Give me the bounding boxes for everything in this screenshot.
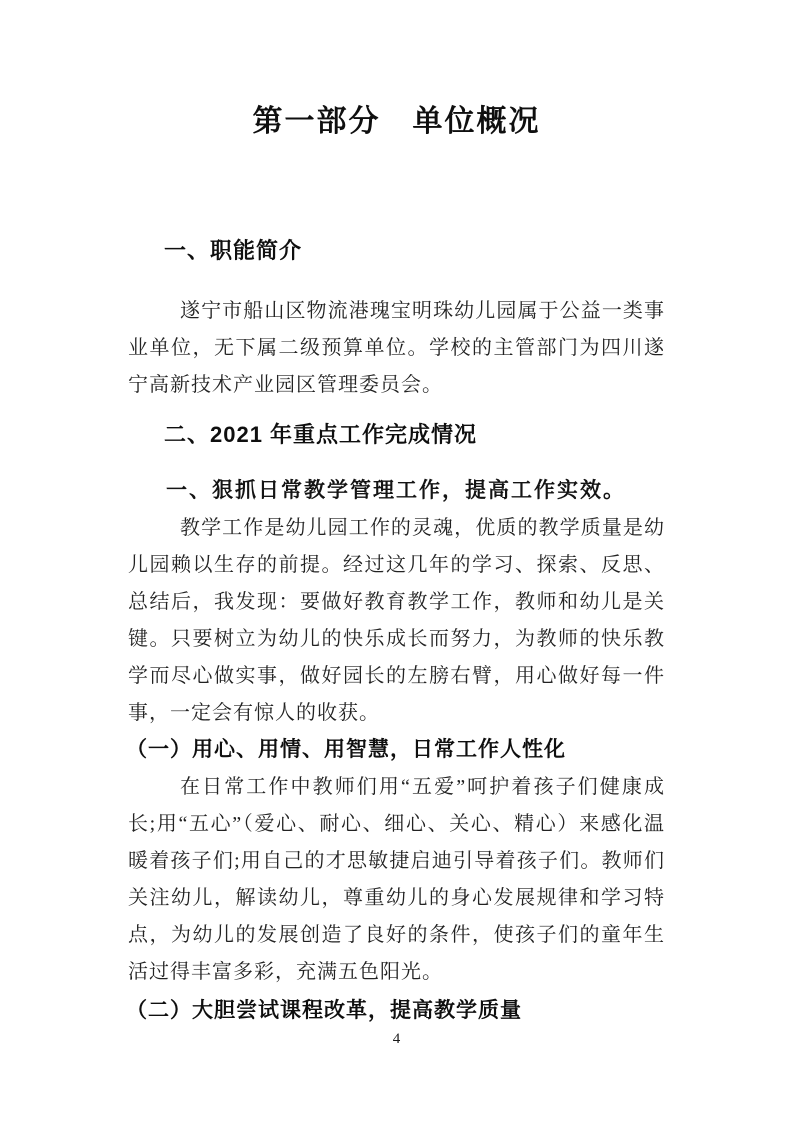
heading-sub-care: （一）用心、用情、用智慧，日常工作人性化 <box>126 736 667 764</box>
document-title: 第一部分 单位概况 <box>0 100 793 144</box>
heading-2021-key-work: 二、2021 年重点工作完成情况 <box>128 421 665 449</box>
page-number: 4 <box>0 1030 793 1048</box>
paragraph-daily-care: 在日常工作中教师们用“五爱”呵护着孩子们健康成长;用“五心”（爱心、耐心、细心、… <box>128 769 665 991</box>
heading-sub-curriculum: （二）大胆尝试课程改革，提高教学质量 <box>126 997 667 1025</box>
heading-teaching-management: 一、狠抓日常教学管理工作，提高工作实效。 <box>128 476 665 504</box>
heading-functions-intro: 一、职能简介 <box>128 237 665 265</box>
paragraph-teaching-quality: 教学工作是幼儿园工作的灵魂，优质的教学质量是幼儿园赖以生存的前提。经过这几年的学… <box>128 510 665 732</box>
paragraph-functions-intro: 遂宁市船山区物流港瑰宝明珠幼儿园属于公益一类事业单位，无下属二级预算单位。学校的… <box>128 293 665 404</box>
document-page: 第一部分 单位概况 一、职能简介 遂宁市船山区物流港瑰宝明珠幼儿园属于公益一类事… <box>0 0 793 1122</box>
